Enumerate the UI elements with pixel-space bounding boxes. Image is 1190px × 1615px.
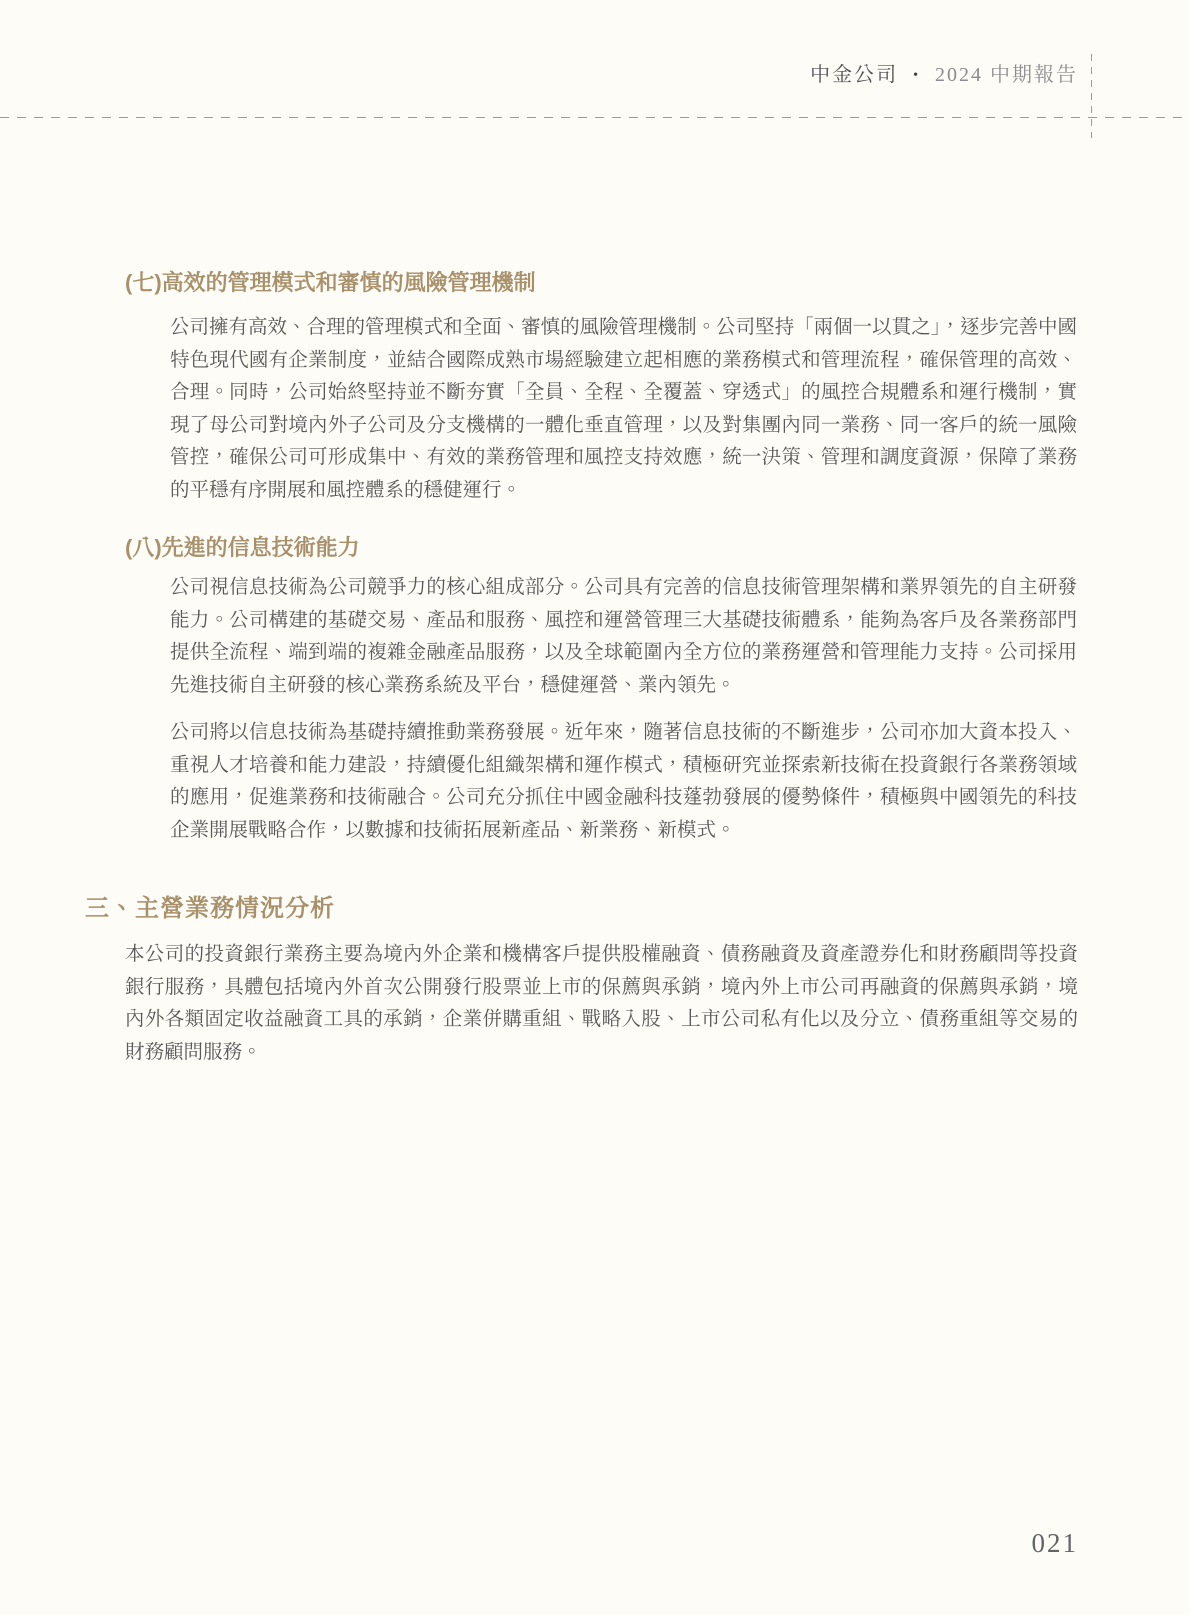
section-7-heading: (七)高效的管理模式和審慎的風險管理機制 xyxy=(125,266,536,297)
report-title: 2024 中期報告 xyxy=(935,64,1078,86)
company-name: 中金公司 xyxy=(810,64,898,86)
page-number: 021 xyxy=(0,1528,1078,1559)
page-running-header: 中金公司 • 2024 中期報告 xyxy=(0,58,1078,87)
chapter-3-heading: 三、主營業務情況分析 xyxy=(85,888,335,923)
chapter-3-paragraph: 本公司的投資銀行業務主要為境內外企業和機構客戶提供股權融資、債務融資及資產證券化… xyxy=(125,938,1078,1068)
section-8-heading: (八)先進的信息技術能力 xyxy=(125,531,360,562)
section-8-paragraph-2: 公司將以信息技術為基礎持續推動業務發展。近年來，隨著信息技術的不斷進步，公司亦加… xyxy=(170,716,1077,846)
section-7-paragraph: 公司擁有高效、合理的管理模式和全面、審慎的風險管理機制。公司堅持「兩個一以貫之」… xyxy=(170,311,1077,506)
header-bullet-icon: • xyxy=(913,68,920,83)
header-horizontal-divider xyxy=(0,117,1190,118)
header-vertical-divider xyxy=(1091,54,1092,138)
section-8-paragraph-1: 公司視信息技術為公司競爭力的核心組成部分。公司具有完善的信息技術管理架構和業界領… xyxy=(170,571,1077,701)
report-page: 中金公司 • 2024 中期報告 (七)高效的管理模式和審慎的風險管理機制 公司… xyxy=(0,0,1190,1615)
